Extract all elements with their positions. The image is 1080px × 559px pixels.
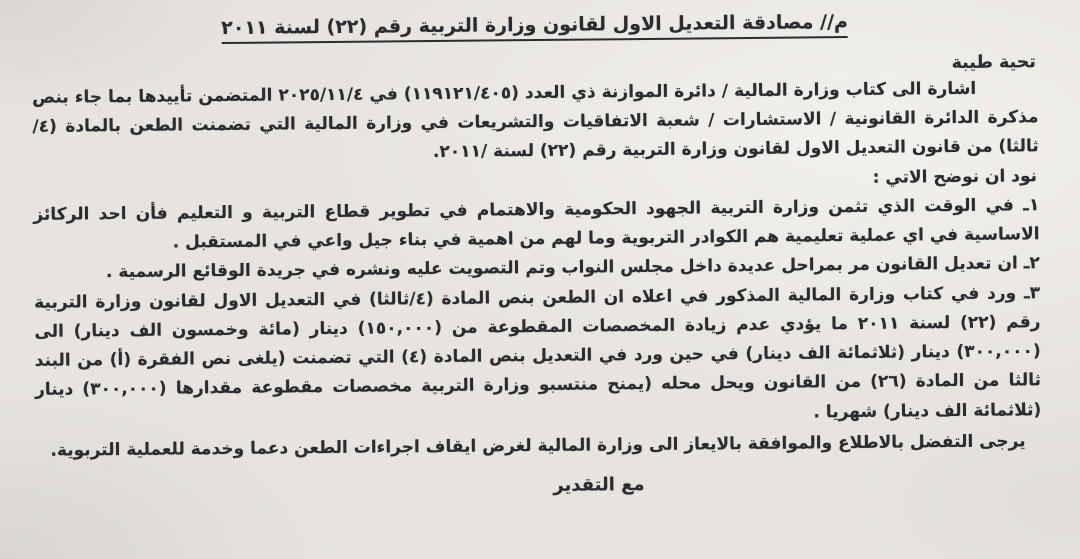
numbered-items: ١ـ في الوقت الذي تثمن وزارة التربية الجه…: [33, 191, 1041, 435]
signoff: مع التقدير: [96, 470, 1080, 501]
memo-subject-line: م// مصادقة التعديل الاول لقانون وزارة ال…: [31, 9, 1037, 46]
item-1: ١ـ في الوقت الذي تثمن وزارة التربية الجه…: [33, 191, 1040, 259]
memo-subject-text: م// مصادقة التعديل الاول لقانون وزارة ال…: [221, 11, 848, 44]
scanned-memo-page: م// مصادقة التعديل الاول لقانون وزارة ال…: [0, 0, 1080, 559]
item-3: ٣ـ ورد في كتاب وزارة المالية المذكور في …: [34, 279, 1041, 435]
intro-paragraph: اشارة الى كتاب وزارة المالية / دائرة الم…: [32, 74, 1039, 171]
